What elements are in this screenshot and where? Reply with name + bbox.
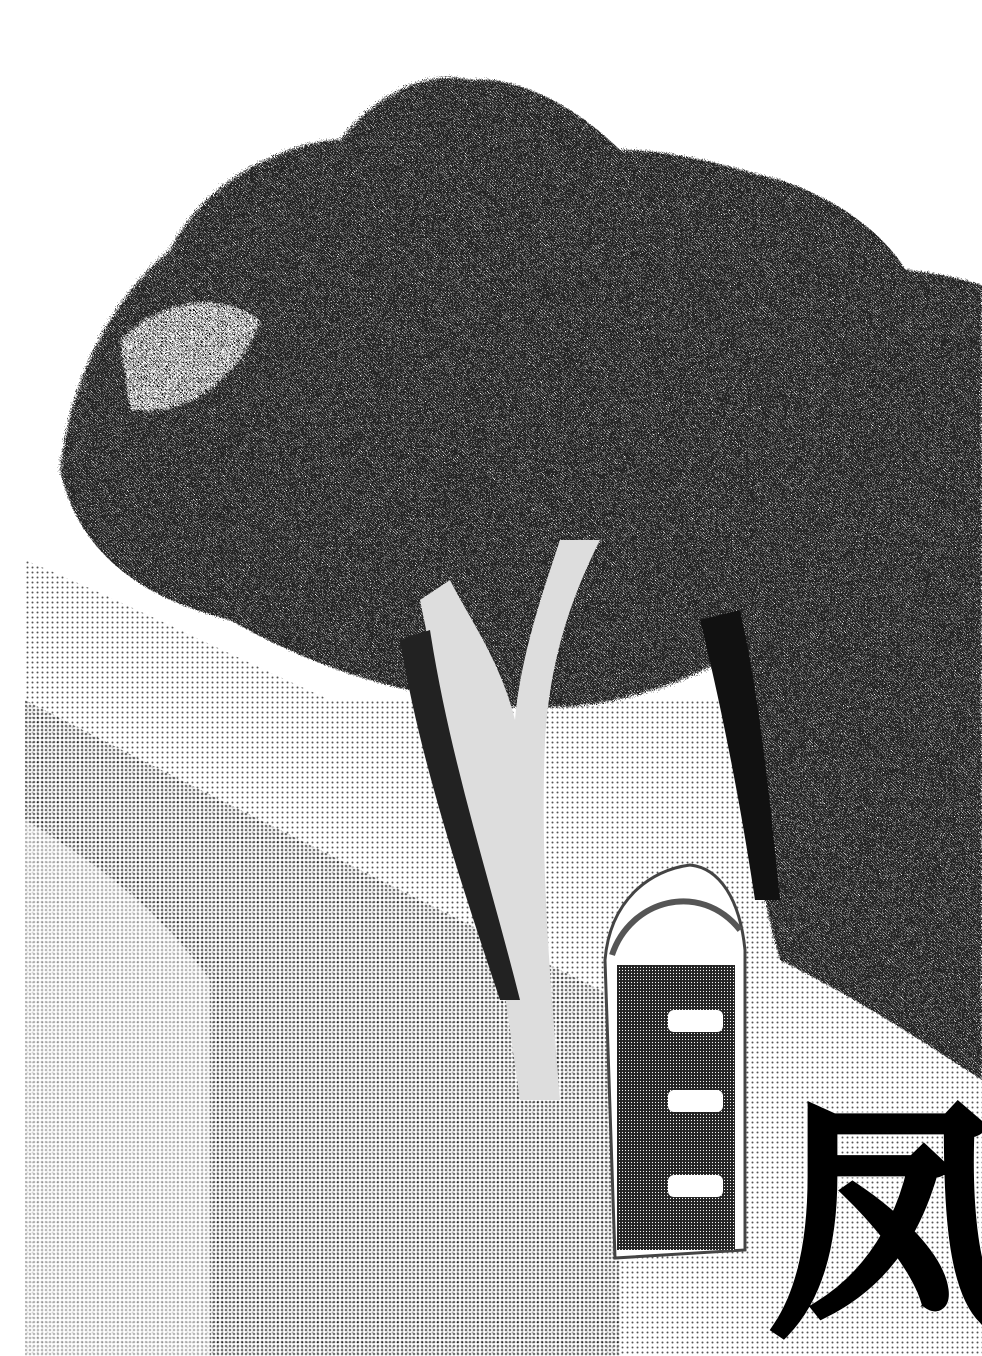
title-character: 凤 [770, 1098, 982, 1348]
tree-canopy [60, 78, 951, 708]
page-margin [0, 0, 25, 1356]
scanned-photo: 凤 [0, 0, 982, 1356]
stone-stele [605, 865, 745, 1258]
